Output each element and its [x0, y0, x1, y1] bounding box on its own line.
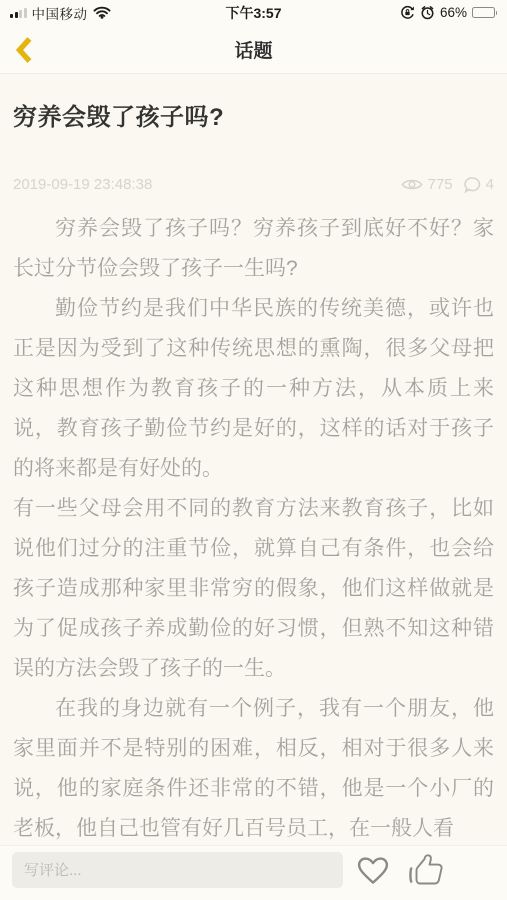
phone-screen: 中国移动 下午3:57 — [0, 0, 507, 900]
battery-icon — [472, 7, 497, 18]
rotation-lock-icon — [400, 5, 415, 20]
comment-count: 4 — [486, 176, 494, 193]
view-count: 775 — [428, 176, 453, 193]
article-content: 穷养会毁了孩子吗? 2019-09-19 23:48:38 775 4 — [0, 74, 507, 845]
article-body: 穷养会毁了孩子吗？穷养孩子到底好不好？家长过分节俭会毁了孩子一生吗? 勤俭节约是… — [13, 209, 494, 845]
page-title: 话题 — [0, 25, 507, 74]
comment-input[interactable] — [12, 852, 343, 888]
battery-percent-label: 66% — [440, 5, 467, 20]
comment-bar — [0, 845, 507, 900]
article-paragraph: 在我的身边就有一个例子，我有一个朋友，他家里面并不是特别的困难，相反，相对于很多… — [13, 689, 494, 845]
article-paragraph: 穷养会毁了孩子吗？穷养孩子到底好不好？家长过分节俭会毁了孩子一生吗? — [13, 209, 494, 289]
wifi-icon — [93, 6, 111, 19]
thumbs-up-icon — [407, 854, 444, 887]
carrier-label: 中国移动 — [32, 3, 88, 23]
eye-icon — [401, 177, 423, 192]
article-paragraph: 勤俭节约是我们中华民族的传统美德，或许也正是因为受到了这种传统思想的熏陶，很多父… — [13, 289, 494, 489]
alarm-clock-icon — [420, 5, 435, 20]
comment-bubble-icon — [464, 177, 481, 193]
cellular-signal-icon — [10, 7, 27, 18]
publish-date: 2019-09-19 23:48:38 — [13, 176, 152, 193]
thumbs-up-button[interactable] — [407, 854, 444, 887]
heart-icon — [356, 855, 390, 885]
status-bar: 中国移动 下午3:57 — [0, 0, 507, 25]
article-paragraph: 有一些父母会用不同的教育方法来教育孩子，比如说他们过分的注重节俭，就算自己有条件… — [13, 489, 494, 689]
article-meta: 2019-09-19 23:48:38 775 4 — [13, 176, 494, 193]
like-button[interactable] — [356, 855, 390, 885]
article-title: 穷养会毁了孩子吗? — [13, 97, 494, 132]
nav-bar: 话题 — [0, 25, 507, 74]
